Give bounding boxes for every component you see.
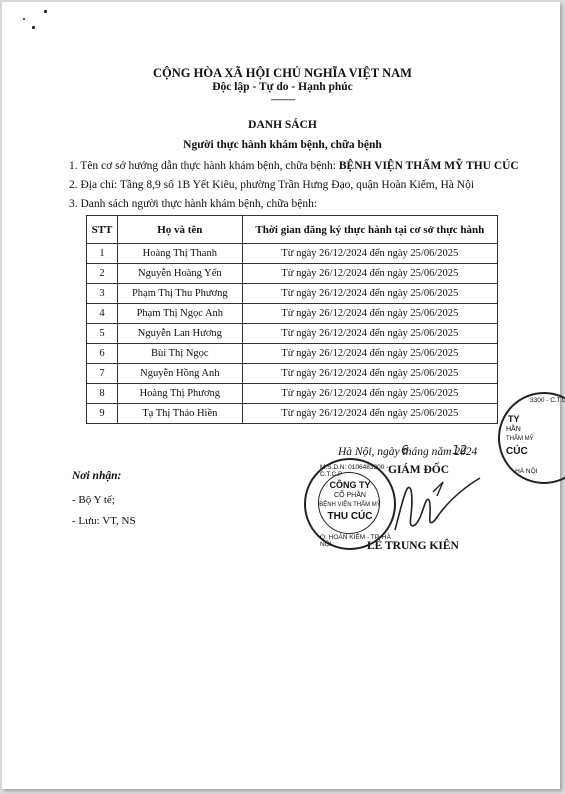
cell-period: Từ ngày 26/12/2024 đến ngày 25/06/2025 — [242, 264, 497, 284]
address-line: 2. Địa chỉ: Tầng 8,9 số 1B Yết Kiêu, phư… — [69, 179, 474, 191]
company-seal: M.S.D.N: 0106483300 - C.T.C.P Q. HOÀN KI… — [304, 458, 396, 550]
table-row: 2Nguyễn Hoàng YếnTừ ngày 26/12/2024 đến … — [87, 264, 498, 284]
national-motto: Độc lập - Tự do - Hạnh phúc — [0, 81, 565, 93]
cell-stt: 5 — [87, 324, 118, 344]
table-row: 1Hoàng Thị ThanhTừ ngày 26/12/2024 đến n… — [87, 244, 498, 264]
edge-seal-line-4: CÚC — [506, 446, 528, 457]
national-title: CỘNG HÒA XÃ HỘI CHỦ NGHĨA VIỆT NAM — [0, 66, 565, 81]
cell-period: Từ ngày 26/12/2024 đến ngày 25/06/2025 — [242, 244, 497, 264]
handwritten-day: 6 — [401, 443, 409, 457]
cell-period: Từ ngày 26/12/2024 đến ngày 25/06/2025 — [242, 304, 497, 324]
table-row: 5Nguyễn Lan HươngTừ ngày 26/12/2024 đến … — [87, 324, 498, 344]
edge-seal-ring: 3300 - C.T.C.P — [530, 397, 565, 404]
cell-period: Từ ngày 26/12/2024 đến ngày 25/06/2025 — [242, 344, 497, 364]
recipients-heading: Nơi nhận: — [72, 470, 121, 482]
list-intro-line: 3. Danh sách người thực hành khám bệnh, … — [69, 198, 317, 210]
table-header-row: STT Họ và tên Thời gian đăng ký thực hàn… — [87, 216, 498, 244]
handwritten-signature — [385, 470, 485, 545]
cell-stt: 3 — [87, 284, 118, 304]
cell-name: Nguyễn Lan Hương — [117, 324, 242, 344]
cell-stt: 7 — [87, 364, 118, 384]
edge-seal-line-3: THẨM MỸ — [506, 436, 534, 442]
recipient-item: - Lưu: VT, NS — [72, 515, 136, 527]
cell-stt: 6 — [87, 344, 118, 364]
cell-name: Tạ Thị Thảo Hiền — [117, 404, 242, 424]
header-period: Thời gian đăng ký thực hành tại cơ sở th… — [242, 216, 497, 244]
handwritten-month: 12 — [452, 443, 467, 457]
header-stt: STT — [87, 216, 118, 244]
recipient-item: - Bộ Y tế; — [72, 494, 115, 506]
cell-period: Từ ngày 26/12/2024 đến ngày 25/06/2025 — [242, 364, 497, 384]
cell-name: Phạm Thị Thu Phương — [117, 284, 242, 304]
seal-line-4: THU CÚC — [306, 511, 394, 522]
table-row: 9Tạ Thị Thảo HiềnTừ ngày 26/12/2024 đến … — [87, 404, 498, 424]
cell-stt: 2 — [87, 264, 118, 284]
cell-period: Từ ngày 26/12/2024 đến ngày 25/06/2025 — [242, 384, 497, 404]
seal-line-2: CỔ PHẦN — [306, 492, 394, 499]
cell-period: Từ ngày 26/12/2024 đến ngày 25/06/2025 — [242, 284, 497, 304]
seal-ring-bottom: Q. HOÀN KIẾM - TP. HÀ NỘI — [320, 534, 394, 548]
cell-name: Hoàng Thị Phương — [117, 384, 242, 404]
cell-stt: 4 — [87, 304, 118, 324]
cell-stt: 8 — [87, 384, 118, 404]
cell-period: Từ ngày 26/12/2024 đến ngày 25/06/2025 — [242, 404, 497, 424]
seal-line-1: CÔNG TY — [306, 480, 394, 490]
edge-seal-line-2: HẦN — [506, 426, 521, 433]
cell-name: Bùi Thị Ngọc — [117, 344, 242, 364]
cell-name: Phạm Thị Ngọc Anh — [117, 304, 242, 324]
table-row: 6Bùi Thị NgọcTừ ngày 26/12/2024 đến ngày… — [87, 344, 498, 364]
header-divider: ------------ — [0, 94, 565, 104]
cell-stt: 9 — [87, 404, 118, 424]
table-row: 4Phạm Thị Ngọc AnhTừ ngày 26/12/2024 đến… — [87, 304, 498, 324]
table-row: 7Nguyễn Hồng AnhTừ ngày 26/12/2024 đến n… — [87, 364, 498, 384]
cell-period: Từ ngày 26/12/2024 đến ngày 25/06/2025 — [242, 324, 497, 344]
cell-name: Hoàng Thị Thanh — [117, 244, 242, 264]
edge-seal-ring-bottom: TP. HÀ NỘI — [504, 468, 537, 475]
edge-seal-line-1: TY — [508, 414, 520, 424]
cell-name: Nguyễn Hoàng Yến — [117, 264, 242, 284]
header-name: Họ và tên — [117, 216, 242, 244]
facility-name-line: 1. Tên cơ sở hướng dẫn thực hành khám bệ… — [69, 160, 519, 172]
table-row: 3Phạm Thị Thu PhươngTừ ngày 26/12/2024 đ… — [87, 284, 498, 304]
seal-ring-top: M.S.D.N: 0106483300 - C.T.C.P — [320, 464, 394, 478]
cell-name: Nguyễn Hồng Anh — [117, 364, 242, 384]
document-title: DANH SÁCH — [0, 119, 565, 131]
document-subtitle: Người thực hành khám bệnh, chữa bệnh — [0, 139, 565, 151]
facility-name-value: BỆNH VIỆN THẨM MỸ THU CÚC — [339, 160, 519, 172]
facility-name-label: 1. Tên cơ sở hướng dẫn thực hành khám bệ… — [69, 160, 339, 172]
table-row: 8Hoàng Thị PhươngTừ ngày 26/12/2024 đến … — [87, 384, 498, 404]
seal-line-3: BỆNH VIỆN THẨM MỸ — [306, 502, 394, 508]
cell-stt: 1 — [87, 244, 118, 264]
practitioner-table: STT Họ và tên Thời gian đăng ký thực hàn… — [86, 215, 498, 424]
